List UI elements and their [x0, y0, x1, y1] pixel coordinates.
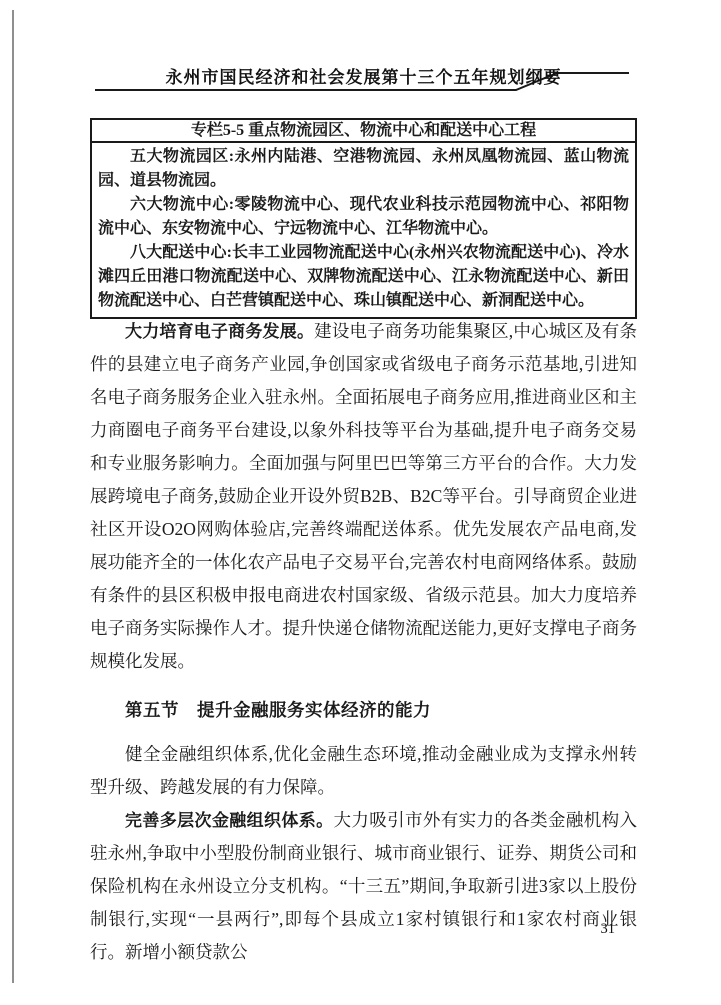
callout-box-body: 五大物流园区:永州内陆港、空港物流园、永州凤凰物流园、蓝山物流园、道县物流园。 …: [92, 143, 635, 317]
callout-item-distribution-centers: 八大配送中心:长丰工业园物流配送中心(永州兴农物流配送中心)、冷水滩四丘田港口物…: [98, 241, 629, 313]
paragraph-ecommerce-lead: 大力培育电子商务发展。: [125, 322, 314, 341]
paragraph-ecommerce: 大力培育电子商务发展。建设电子商务功能集聚区,中心城区及有条件的县建立电子商务产…: [90, 315, 637, 678]
page-number: 31: [90, 921, 637, 938]
paragraph-finance-system-lead: 完善多层次金融组织体系。: [125, 811, 334, 830]
page-spine-rule: [12, 10, 14, 983]
callout-box-title: 专栏5-5 重点物流园区、物流中心和配送中心工程: [92, 120, 635, 143]
callout-box: 专栏5-5 重点物流园区、物流中心和配送中心工程 五大物流园区:永州内陆港、空港…: [90, 118, 637, 319]
paragraph-finance-intro: 健全金融组织体系,优化金融生态环境,推动金融业成为支撑永州转型升级、跨越发展的有…: [90, 738, 637, 804]
paragraph-finance-system: 完善多层次金融组织体系。大力吸引市外有实力的各类金融机构入驻永州,争取中小型股份…: [90, 804, 637, 969]
running-header-title: 永州市国民经济和社会发展第十三个五年规划纲要: [90, 63, 637, 88]
callout-item-logistics-centers: 六大物流中心:零陵物流中心、现代农业科技示范园物流中心、祁阳物流中心、东安物流中…: [98, 193, 629, 241]
header-decorative-rule: [0, 0, 721, 110]
paragraph-finance-system-text: 大力吸引市外有实力的各类金融机构入驻永州,争取中小型股份制商业银行、城市商业银行…: [90, 810, 637, 962]
body-copy: 大力培育电子商务发展。建设电子商务功能集聚区,中心城区及有条件的县建立电子商务产…: [90, 315, 637, 969]
section-heading-finance: 第五节 提升金融服务实体经济的能力: [90, 694, 637, 727]
callout-item-logistics-parks: 五大物流园区:永州内陆港、空港物流园、永州凤凰物流园、蓝山物流园、道县物流园。: [98, 145, 629, 193]
paragraph-ecommerce-text: 建设电子商务功能集聚区,中心城区及有条件的县建立电子商务产业园,争创国家或省级电…: [90, 321, 637, 671]
